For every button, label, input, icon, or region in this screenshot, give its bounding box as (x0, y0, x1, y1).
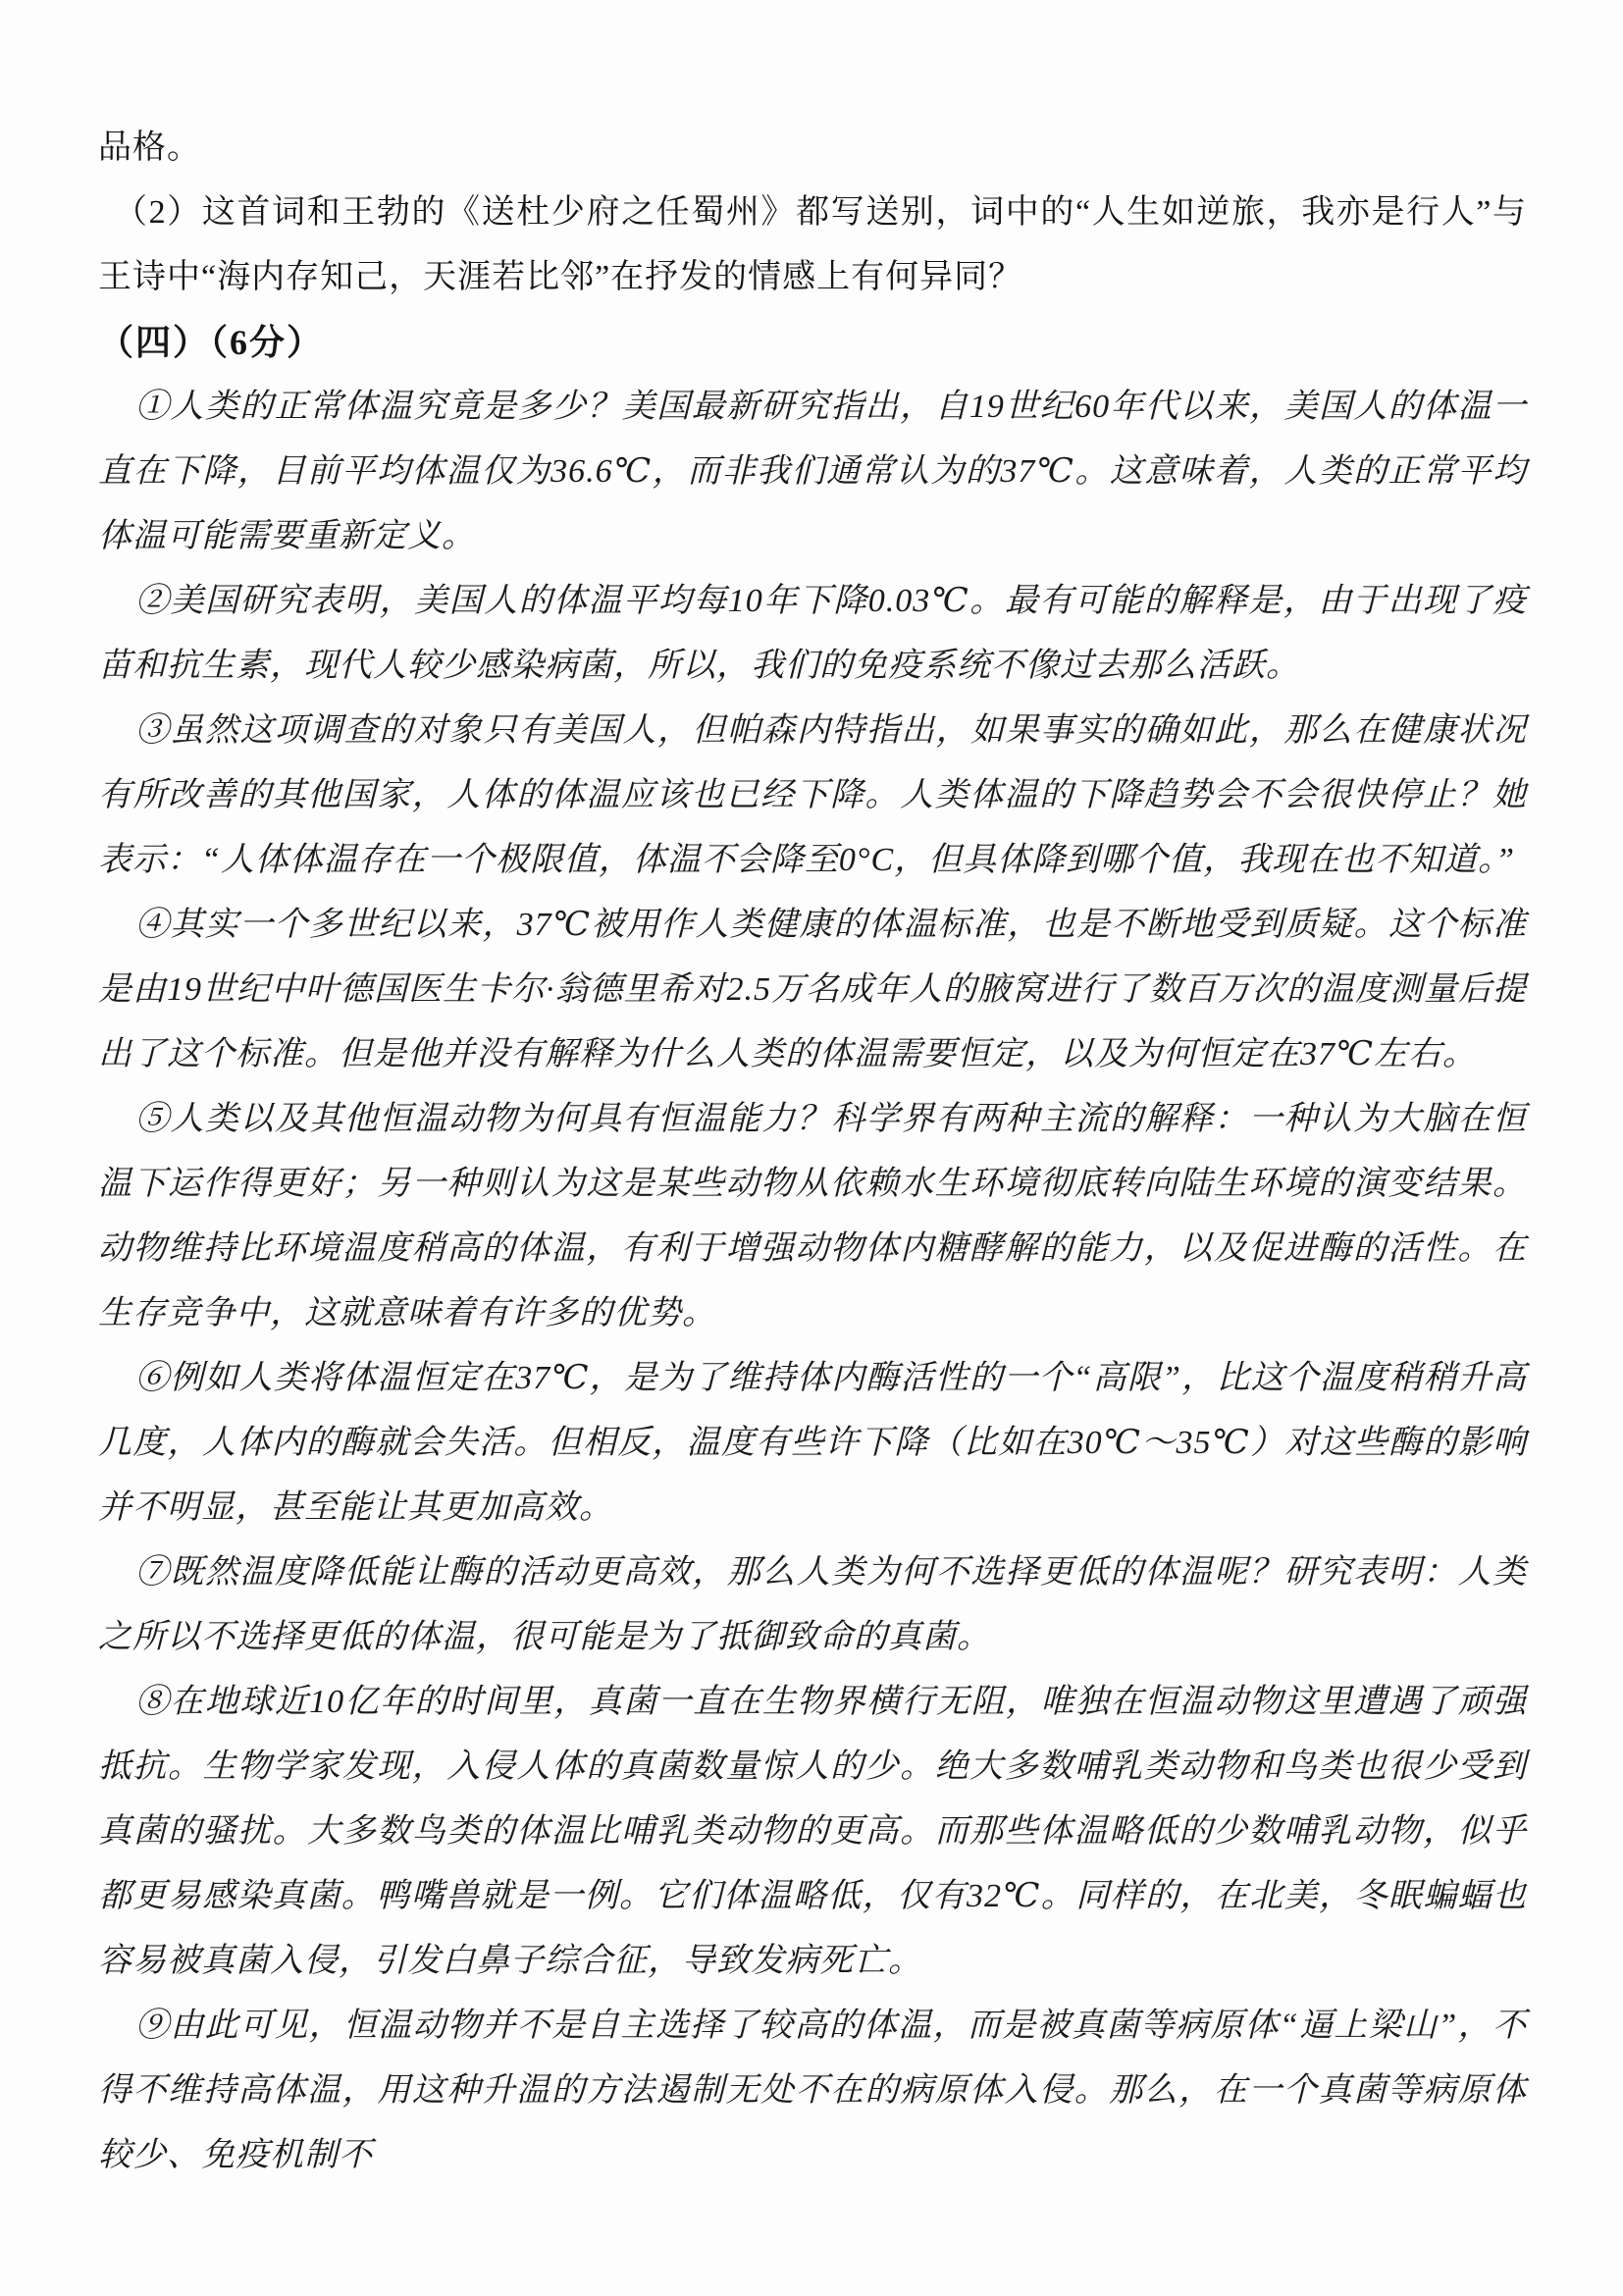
exam-paper-page: 品格。 （2）这首词和王勃的《送杜少府之任蜀州》都写送别，词中的“人生如逆旅，我… (0, 0, 1623, 2296)
passage-paragraph-8: ⑧在地球近10亿年的时间里，真菌一直在生物界横行无阻，唯独在恒温动物这里遭遇了顽… (98, 1670, 1527, 1994)
question-2-text: （2）这首词和王勃的《送杜少府之任蜀州》都写送别，词中的“人生如逆旅，我亦是行人… (98, 181, 1527, 310)
passage-paragraph-6: ⑥例如人类将体温恒定在37℃，是为了维持体内酶活性的一个“高限”，比这个温度稍稍… (98, 1346, 1527, 1540)
passage-paragraph-3: ③虽然这项调查的对象只有美国人，但帕森内特指出，如果事实的确如此，那么在健康状况… (98, 699, 1527, 893)
passage-paragraph-4: ④其实一个多世纪以来，37℃被用作人类健康的体温标准，也是不断地受到质疑。这个标… (98, 893, 1527, 1087)
passage-paragraph-1: ①人类的正常体温究竟是多少？美国最新研究指出，自19世纪60年代以来，美国人的体… (98, 375, 1527, 569)
previous-paragraph-fragment: 品格。 (98, 116, 1527, 181)
passage-paragraph-7: ⑦既然温度降低能让酶的活动更高效，那么人类为何不选择更低的体温呢？研究表明：人类… (98, 1540, 1527, 1670)
passage-paragraph-5: ⑤人类以及其他恒温动物为何具有恒温能力？科学界有两种主流的解释：一种认为大脑在恒… (98, 1087, 1527, 1346)
section-heading: （四）（6分） (98, 310, 1527, 375)
passage-paragraph-2: ②美国研究表明，美国人的体温平均每10年下降0.03℃。最有可能的解释是，由于出… (98, 569, 1527, 699)
passage-paragraph-9: ⑨由此可见，恒温动物并不是自主选择了较高的体温，而是被真菌等病原体“逼上梁山”，… (98, 1994, 1527, 2188)
page-content: 品格。 （2）这首词和王勃的《送杜少府之任蜀州》都写送别，词中的“人生如逆旅，我… (98, 116, 1527, 2188)
